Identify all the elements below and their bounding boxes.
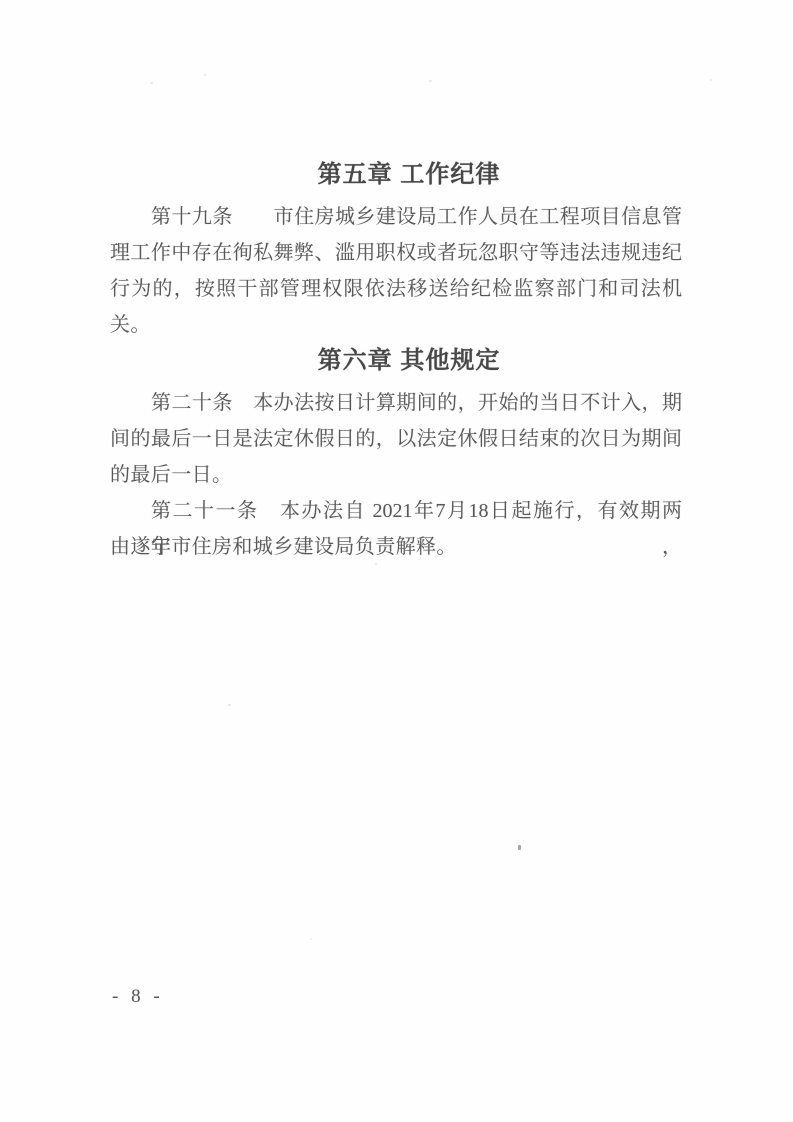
scan-speck (710, 79, 712, 81)
text-line: 第二十一条 本办法自 2021年7月18日起施行，有效期两年， (110, 493, 682, 529)
scan-speck (429, 80, 432, 82)
scan-speck (204, 74, 206, 76)
text-line: 第二十条 本办法按日计算期间的，开始的当日不计入，期 (110, 385, 682, 421)
scanned-page: 第五章 工作纪律 第十九条 市住房城乡建设局工作人员在工程项目信息管 理工作中存… (0, 0, 793, 1122)
scan-speck (310, 938, 312, 940)
scan-speck (228, 704, 231, 706)
chapter-6-heading: 第六章 其他规定 (110, 343, 682, 379)
text-line: 第十九条 市住房城乡建设局工作人员在工程项目信息管 (110, 199, 682, 235)
scan-speck (518, 845, 521, 850)
scan-speck (375, 563, 377, 565)
text-line: 间的最后一日是法定休假日的，以法定休假日结束的次日为期间 (110, 421, 682, 457)
text-line: 理工作中存在徇私舞弊、滥用职权或者玩忽职守等违法违规违纪 (110, 235, 682, 271)
document-body: 第五章 工作纪律 第十九条 市住房城乡建设局工作人员在工程项目信息管 理工作中存… (110, 157, 682, 565)
page-number: - 8 - (112, 983, 164, 1011)
chapter-5-heading: 第五章 工作纪律 (110, 157, 682, 193)
text-line: 关。 (110, 307, 682, 343)
text-line: 的最后一日。 (110, 457, 682, 493)
scan-speck (150, 82, 153, 84)
text-line: 行为的，按照干部管理权限依法移送给纪检监察部门和司法机 (110, 271, 682, 307)
